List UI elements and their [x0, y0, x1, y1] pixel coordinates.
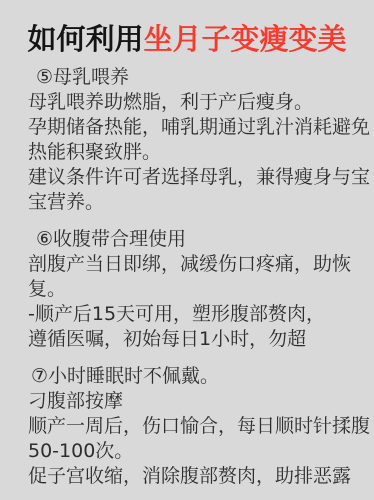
text-line: 遵循医嘱，初始每日1小时，勿超 [28, 327, 360, 352]
section-heading: ⑤母乳喂养 [28, 65, 360, 90]
page-title: 如何利用坐月子变瘦变美 [0, 21, 374, 58]
paragraph-abdominal-massage: ⑦小时睡眠时不佩戴。 刁腹部按摩 顺产一周后，伤口愉合，每日顺时针揉腹 50-1… [28, 364, 360, 489]
title-red-part: 坐月子变瘦变美 [144, 22, 347, 56]
paragraph-breastfeeding: ⑤母乳喂养 母乳喂养助燃脂，利于产后瘦身。 孕期储备热能，哺乳期通过乳汁消耗避免… [28, 65, 360, 215]
text-line: 促子宫收缩，消除腹部赘肉，助排恶露 [28, 464, 360, 489]
text-line: 顺产一周后，伤口愉合，每日顺时针揉腹 [28, 414, 360, 439]
text-line: 50-100次。 [28, 439, 360, 464]
note-body: ⑤母乳喂养 母乳喂养助燃脂，利于产后瘦身。 孕期储备热能，哺乳期通过乳汁消耗避免… [0, 65, 374, 489]
text-line: 宝营养。 [28, 190, 360, 215]
text-line: 母乳喂养助燃脂，利于产后瘦身。 [28, 90, 360, 115]
text-line: ⑦小时睡眠时不佩戴。 [28, 364, 360, 389]
section-heading: ⑥收腹带合理使用 [28, 227, 360, 252]
title-black-part: 如何利用 [27, 22, 143, 56]
text-line: 复。 [28, 277, 360, 302]
text-line: 刁腹部按摩 [28, 389, 360, 414]
text-line: 建议条件许可者选择母乳，兼得瘦身与宝 [28, 165, 360, 190]
note-card: 如何利用坐月子变瘦变美 ⑤母乳喂养 母乳喂养助燃脂，利于产后瘦身。 孕期储备热能… [0, 0, 374, 500]
text-line: -顺产后15天可用，塑形腹部赘肉， [28, 302, 360, 327]
paragraph-belly-band: ⑥收腹带合理使用 剖腹产当日即绑，减缓伤口疼痛，助恢 复。 -顺产后15天可用，… [28, 227, 360, 352]
text-line: 孕期储备热能，哺乳期通过乳汁消耗避免 [28, 115, 360, 140]
text-line: 热能积聚致胖。 [28, 140, 360, 165]
text-line: 剖腹产当日即绑，减缓伤口疼痛，助恢 [28, 252, 360, 277]
